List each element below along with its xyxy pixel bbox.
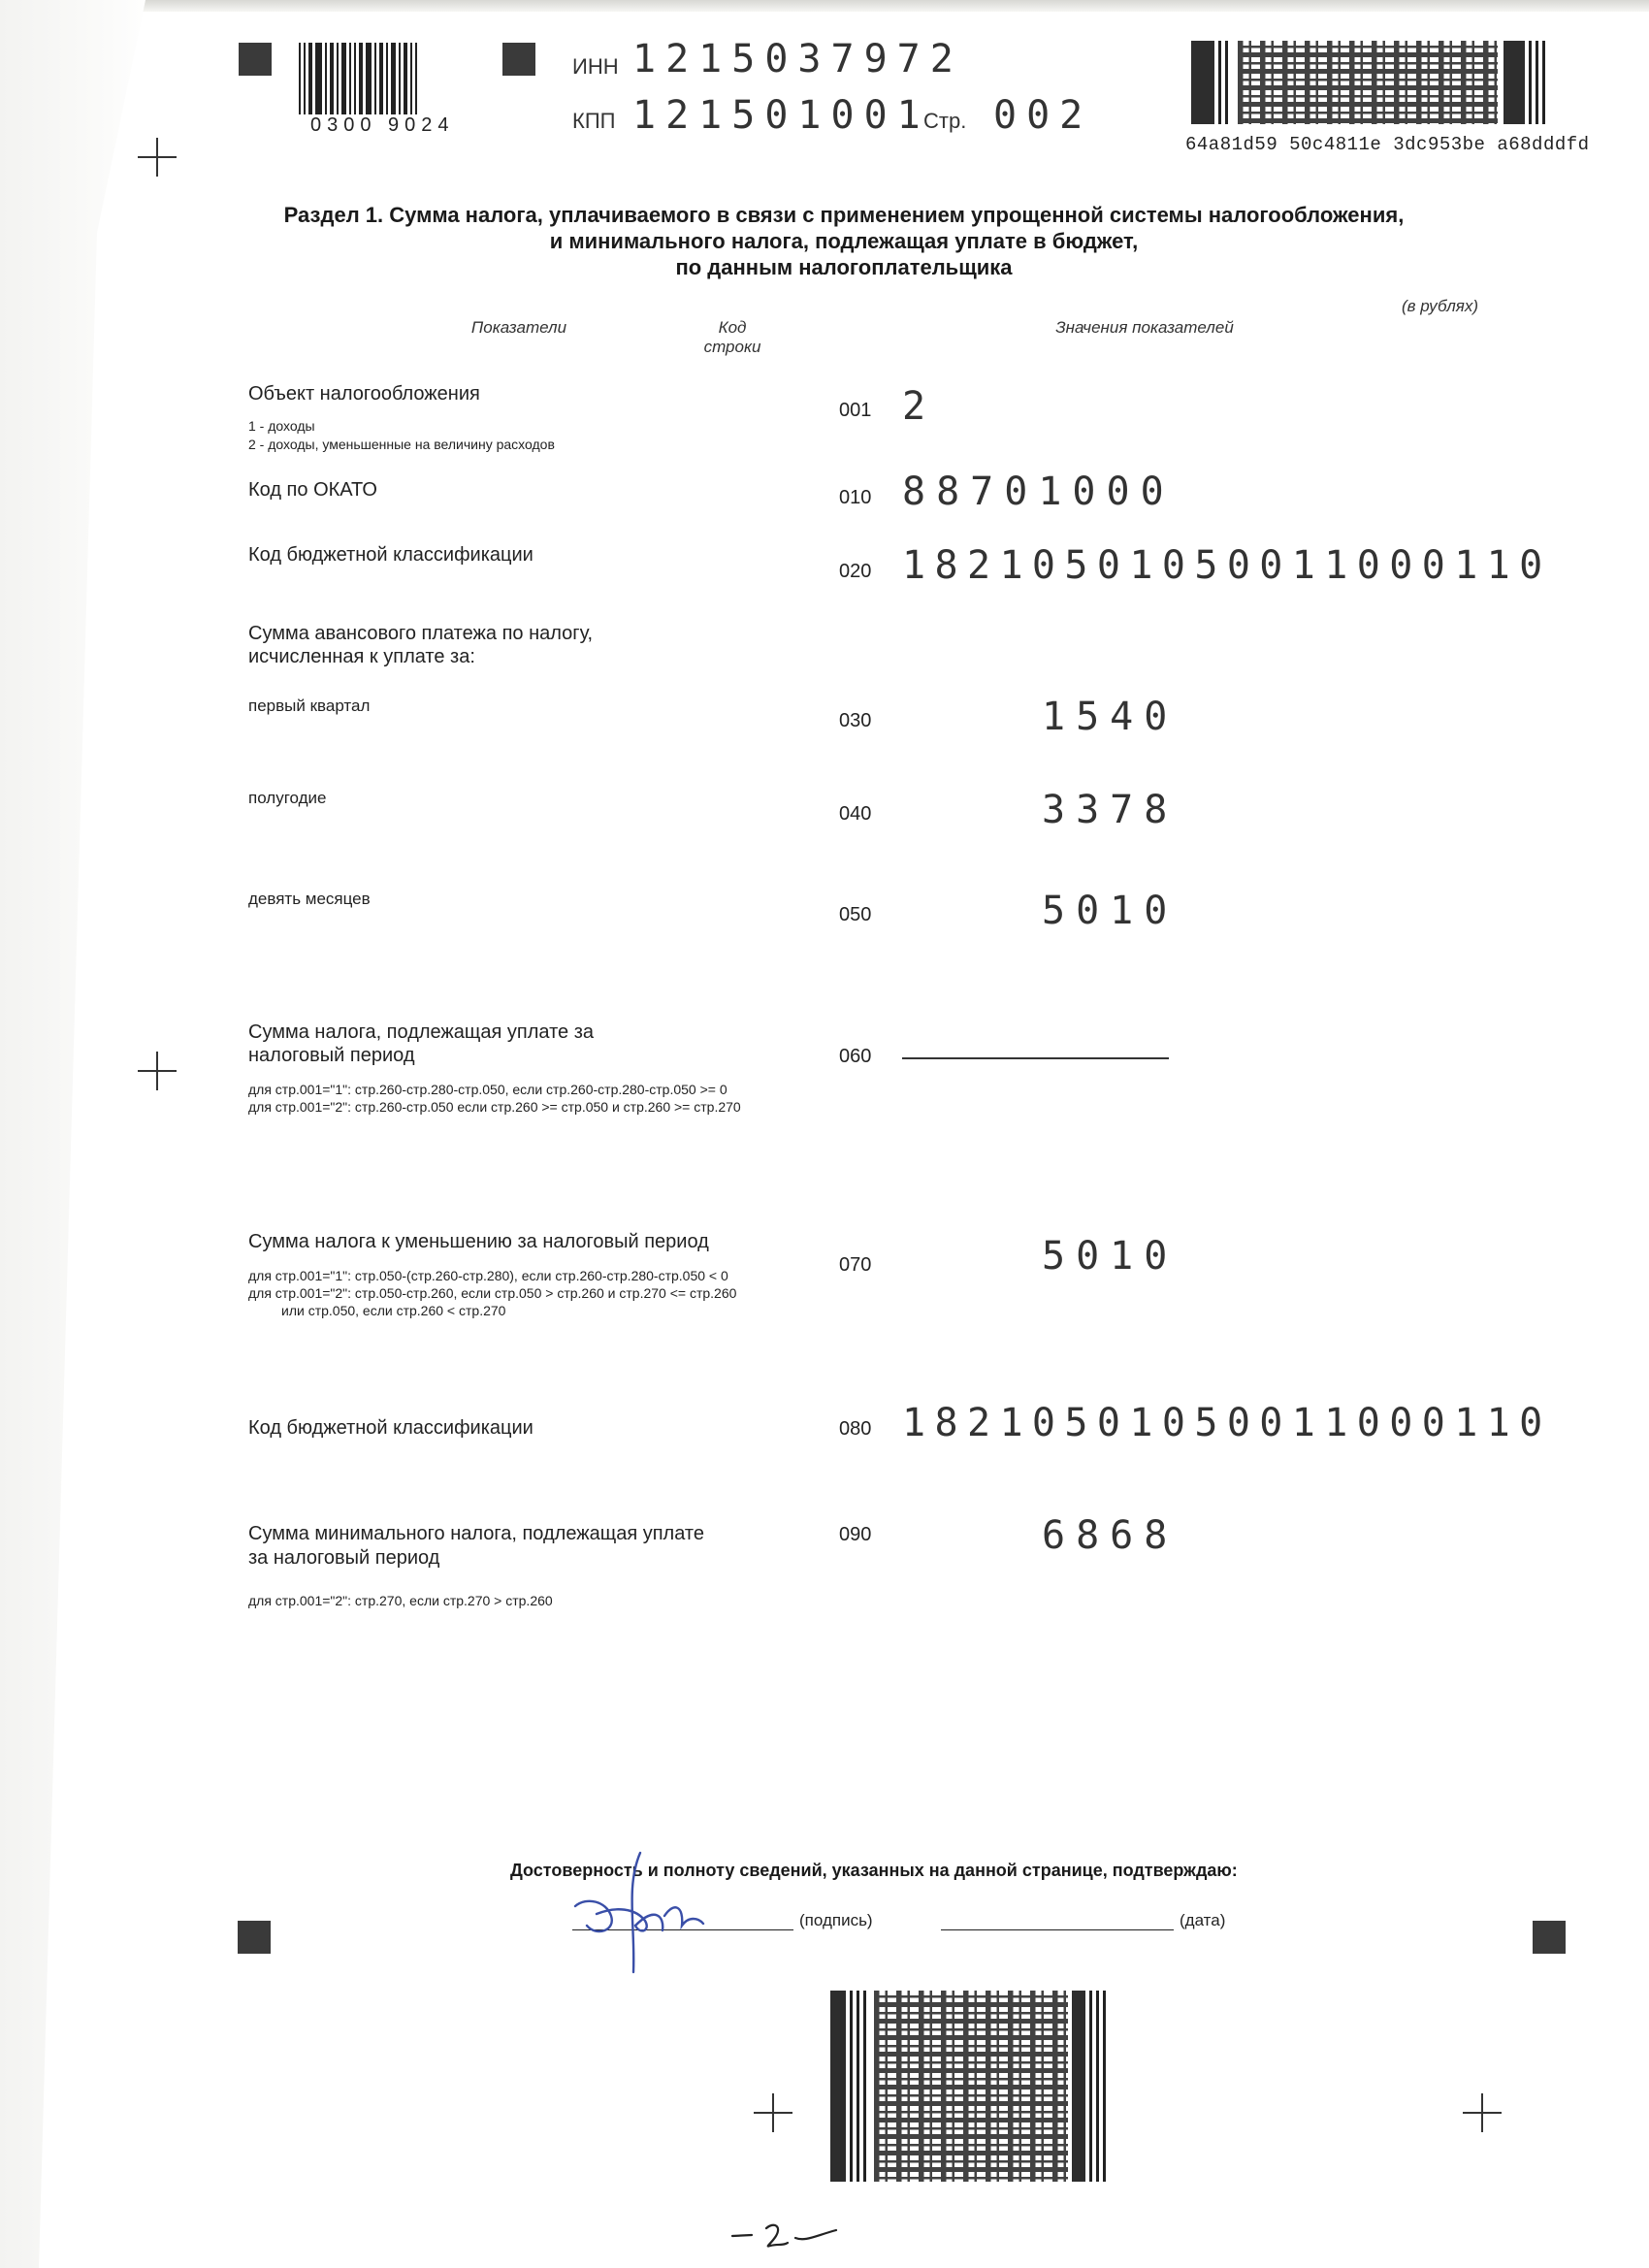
field-070-value[interactable]: 5010 xyxy=(1042,1234,1178,1279)
row-code-001: 001 xyxy=(839,400,871,422)
scan-folded-corner xyxy=(0,0,155,2268)
alignment-marker xyxy=(502,43,535,76)
pdf417-barcode-bottom xyxy=(830,1991,1106,2182)
field-080-value[interactable]: 18210501050011000110 xyxy=(902,1401,1552,1445)
row-label-001: Объект налогообложения xyxy=(248,382,480,406)
registration-cross xyxy=(754,2093,792,2132)
scan-edge xyxy=(0,0,1649,12)
section-title: Раздел 1. Сумма налога, уплачиваемого в … xyxy=(213,202,1474,280)
field-001-value[interactable]: 2 xyxy=(902,384,936,429)
column-header-code-line: Код xyxy=(689,318,776,338)
row-code-030: 030 xyxy=(839,710,871,732)
field-010-value[interactable]: 88701000 xyxy=(902,470,1175,514)
row-code-090: 090 xyxy=(839,1524,871,1546)
document-hash: 64a81d59 50c4811e 3dc953be a68dddfd xyxy=(1185,134,1590,155)
kpp-label: КПП xyxy=(572,109,615,134)
column-header-code-line: строки xyxy=(689,338,776,357)
row-hint: или стр.050, если стр.260 < стр.270 xyxy=(281,1302,505,1319)
column-header-code: Код строки xyxy=(689,318,776,357)
inn-label: ИНН xyxy=(572,54,619,80)
row-label-050: девять месяцев xyxy=(248,887,371,911)
row-code-060: 060 xyxy=(839,1046,871,1068)
field-030-value[interactable]: 1540 xyxy=(1042,695,1178,739)
alignment-marker xyxy=(1533,1921,1566,1954)
row-label-090: Сумма минимального налога, подлежащая уп… xyxy=(248,1522,704,1546)
field-020-value[interactable]: 18210501050011000110 xyxy=(902,543,1552,588)
title-line: по данным налогоплательщика xyxy=(213,254,1474,280)
field-060-empty-dash[interactable] xyxy=(902,1057,1169,1059)
row-label-070: Сумма налога к уменьшению за налоговый п… xyxy=(248,1230,709,1254)
row-code-080: 080 xyxy=(839,1418,871,1441)
row-label-010: Код по ОКАТО xyxy=(248,478,377,502)
kpp-value: 121501001 xyxy=(632,93,930,138)
column-header-indicators: Показатели xyxy=(456,318,582,338)
title-line: и минимального налога, подлежащая уплате… xyxy=(213,228,1474,254)
row-hint: 2 - доходы, уменьшенные на величину расх… xyxy=(248,436,555,453)
row-hint: для стр.001="1": стр.050-(стр.260-стр.28… xyxy=(248,1267,728,1284)
registration-cross xyxy=(138,1052,177,1090)
alignment-marker xyxy=(239,43,272,76)
row-hint: для стр.001="2": стр.050-стр.260, если с… xyxy=(248,1284,736,1302)
alignment-marker xyxy=(238,1921,271,1954)
barcode-caption: 0300 9024 xyxy=(310,114,455,137)
row-code-040: 040 xyxy=(839,803,871,826)
row-label-advance: Сумма авансового платежа по налогу, xyxy=(248,622,593,646)
pdf417-barcode-top xyxy=(1191,41,1545,124)
field-040-value[interactable]: 3378 xyxy=(1042,788,1178,832)
row-label-040: полугодие xyxy=(248,786,326,810)
registration-cross xyxy=(138,138,177,177)
handwritten-signature xyxy=(567,1848,723,1974)
row-label-020: Код бюджетной классификации xyxy=(248,543,533,567)
row-label-030: первый квартал xyxy=(248,694,370,718)
row-hint: для стр.001="1": стр.260-стр.280-стр.050… xyxy=(248,1081,727,1098)
page-value: 002 xyxy=(993,93,1092,138)
column-header-values: Значения показателей xyxy=(1028,318,1261,338)
units-note: (в рублях) xyxy=(1402,297,1478,316)
row-code-020: 020 xyxy=(839,561,871,583)
row-label-080: Код бюджетной классификации xyxy=(248,1416,533,1441)
field-050-value[interactable]: 5010 xyxy=(1042,889,1178,933)
field-090-value[interactable]: 6868 xyxy=(1042,1513,1178,1558)
inn-value: 1215037972 xyxy=(632,37,963,81)
linear-barcode xyxy=(299,43,464,114)
row-label-060-2: налоговый период xyxy=(248,1044,415,1068)
page-label: Стр. xyxy=(923,109,966,134)
row-hint: для стр.001="2": стр.260-стр.050 если ст… xyxy=(248,1098,741,1116)
row-code-050: 050 xyxy=(839,904,871,926)
row-code-070: 070 xyxy=(839,1254,871,1277)
row-hint: 1 - доходы xyxy=(248,417,315,435)
signature-caption: (подпись) xyxy=(799,1911,873,1930)
registration-cross xyxy=(1463,2093,1502,2132)
row-label-060: Сумма налога, подлежащая уплате за xyxy=(248,1021,594,1045)
title-line: Раздел 1. Сумма налога, уплачиваемого в … xyxy=(213,202,1474,228)
row-label-090-2: за налоговый период xyxy=(248,1546,439,1571)
date-caption: (дата) xyxy=(1180,1911,1225,1930)
date-line[interactable] xyxy=(941,1929,1174,1930)
handwritten-page-number xyxy=(727,2217,844,2255)
row-code-010: 010 xyxy=(839,487,871,509)
row-label-advance-2: исчисленная к уплате за: xyxy=(248,645,475,669)
row-hint: для стр.001="2": стр.270, если стр.270 >… xyxy=(248,1592,553,1609)
